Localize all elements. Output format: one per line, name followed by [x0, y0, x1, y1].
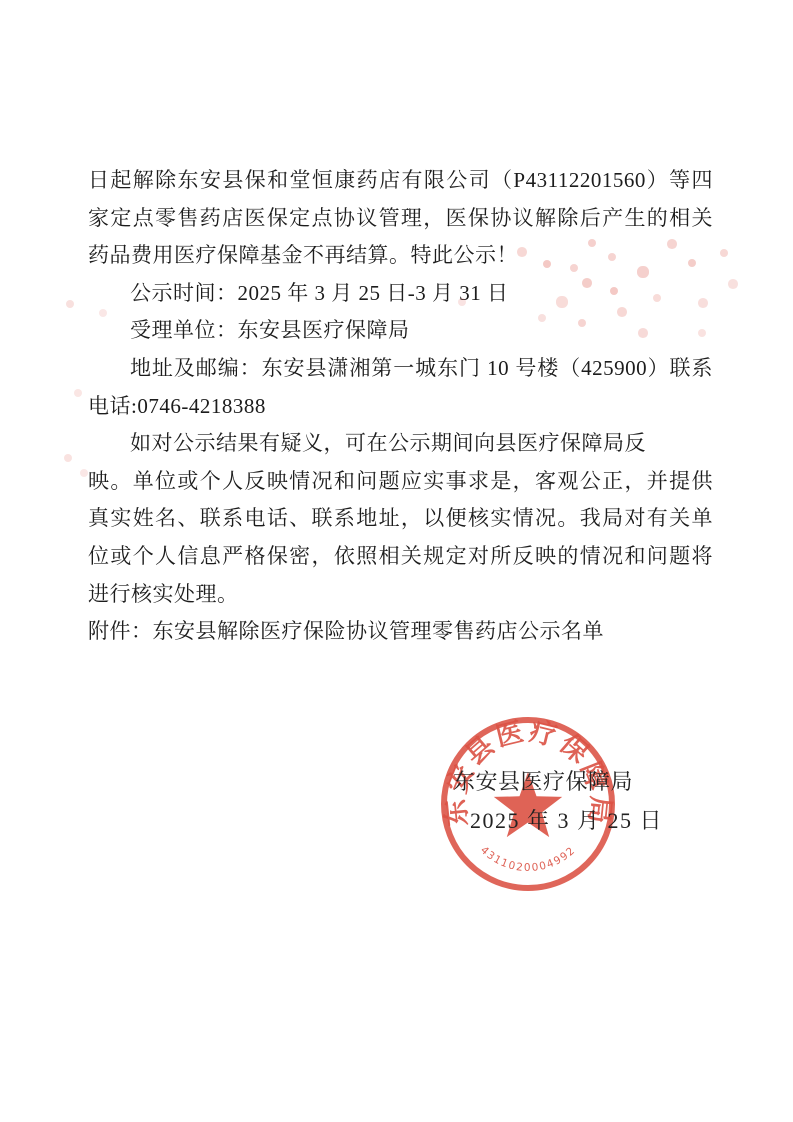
text-line: 公示时间：2025 年 3 月 25 日-3 月 31 日: [88, 275, 713, 313]
text-line: 如对公示结果有疑义，可在公示期间向县医疗保障局反: [88, 425, 713, 463]
text-line: 家定点零售药店医保定点协议管理，医保协议解除后产生的相关: [88, 200, 713, 238]
text-line: 日起解除东安县保和堂恒康药店有限公司（P43112201560）等四: [88, 162, 713, 200]
signature-date: 2025 年 3 月 25 日: [470, 804, 663, 835]
text-line: 药品费用医疗保障基金不再结算。特此公示！: [88, 237, 713, 275]
svg-text:4311020004992: 4311020004992: [478, 844, 578, 874]
document-page: 日起解除东安县保和堂恒康药店有限公司（P43112201560）等四家定点零售药…: [0, 0, 793, 1122]
text-line: 真实姓名、联系电话、联系地址，以便核实情况。我局对有关单: [88, 500, 713, 538]
text-line: 附件：东安县解除医疗保险协议管理零售药店公示名单: [88, 613, 713, 651]
text-line: 进行核实处理。: [88, 576, 713, 614]
document-body-text: 日起解除东安县保和堂恒康药店有限公司（P43112201560）等四家定点零售药…: [88, 162, 713, 651]
text-line: 地址及邮编：东安县潇湘第一城东门 10 号楼（425900）联系: [88, 350, 713, 388]
seal-serial-text: 4311020004992: [478, 844, 578, 874]
text-line: 受理单位：东安县医疗保障局: [88, 312, 713, 350]
text-line: 位或个人信息严格保密，依照相关规定对所反映的情况和问题将: [88, 538, 713, 576]
text-line: 映。单位或个人反映情况和问题应实事求是，客观公正，并提供: [88, 463, 713, 501]
stamp-residue-speckles: [0, 0, 4, 4]
signature-organization: 东安县医疗保障局: [453, 765, 633, 796]
text-line: 电话:0746-4218388: [88, 388, 713, 426]
